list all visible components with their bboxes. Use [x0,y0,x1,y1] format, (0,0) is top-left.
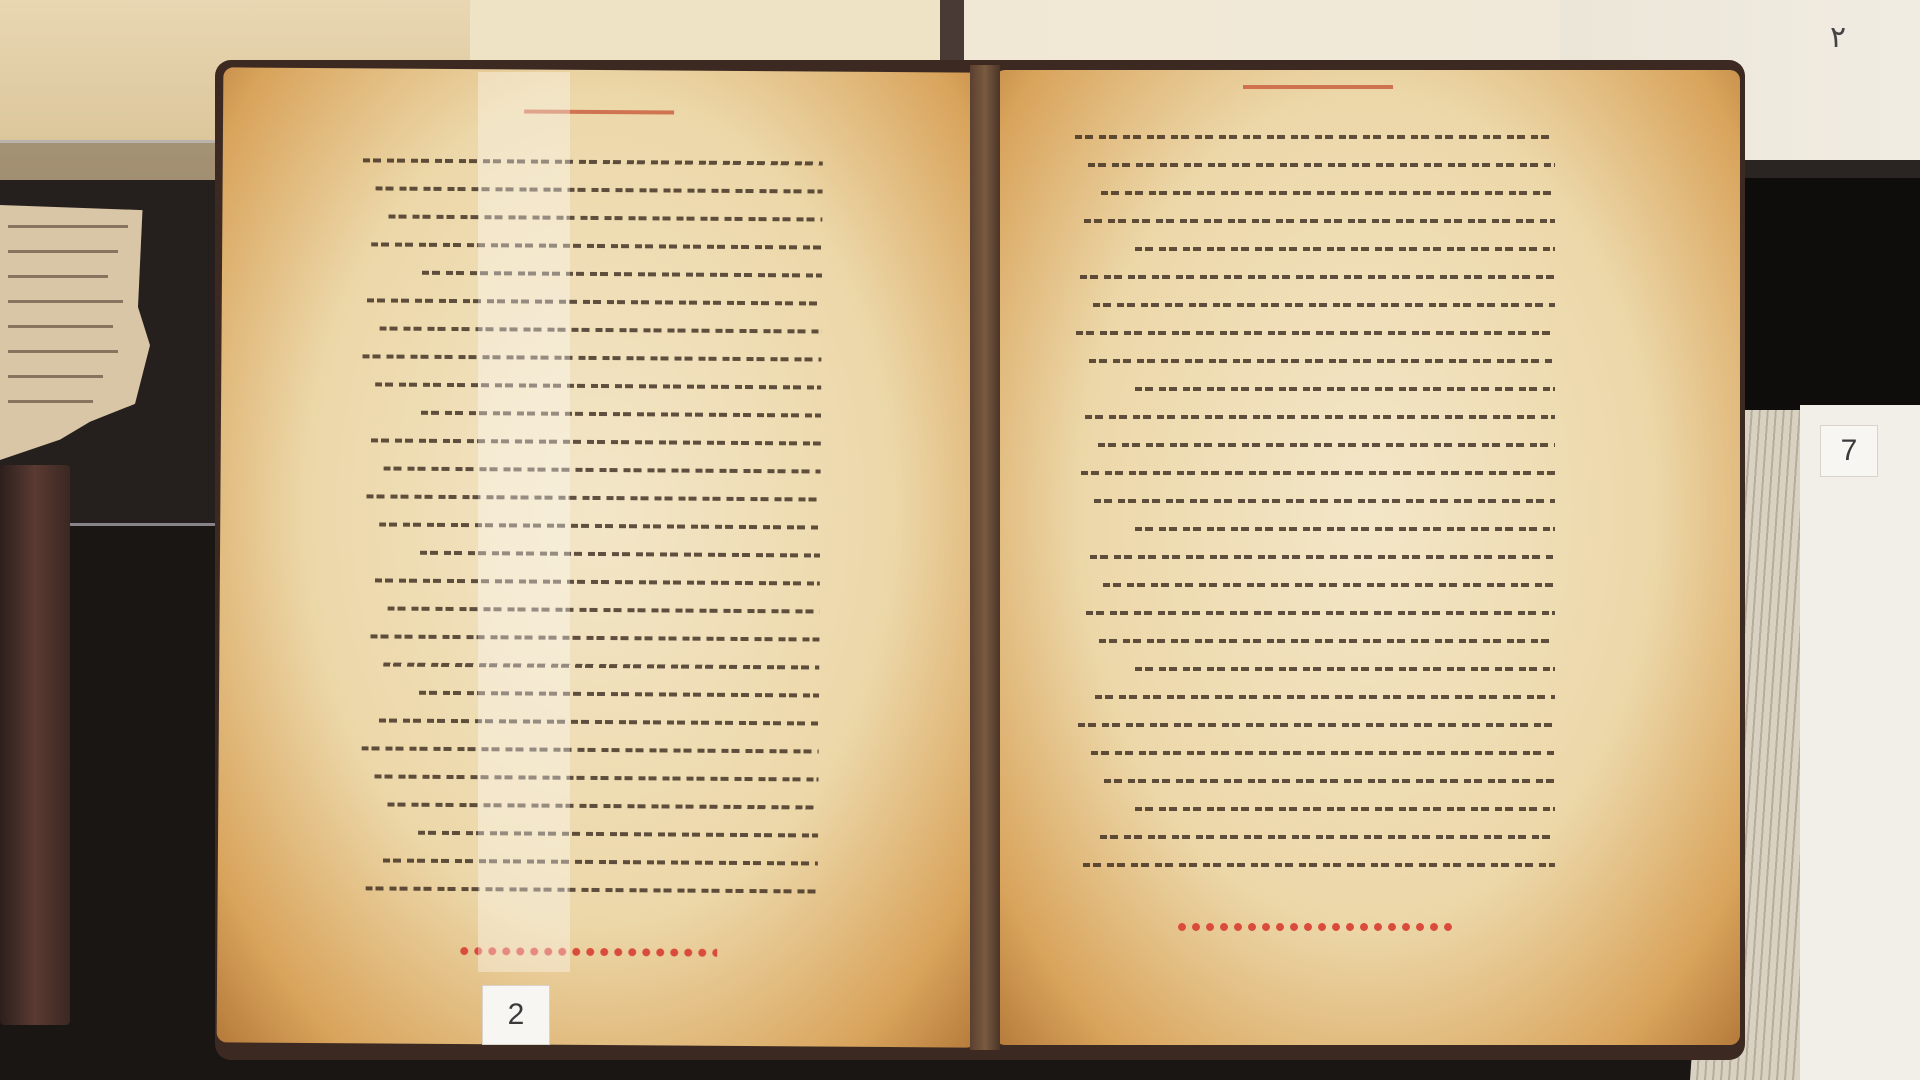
script-line [1094,499,1555,503]
script-line [1135,807,1555,811]
script-line [367,298,822,305]
script-line [387,803,818,810]
script-line [371,242,822,249]
script-line [383,662,819,669]
script-line [1135,527,1555,531]
script-line [1099,639,1555,643]
script-line [388,607,820,614]
script-line [362,354,821,361]
script-line [363,158,823,165]
script-line [1135,667,1555,671]
script-line [1083,863,1555,867]
script-line [375,382,821,389]
script-line [1104,779,1555,783]
script-line [1075,135,1555,139]
exhibit-label-2: 2 [482,985,550,1045]
script-line [366,886,818,893]
rubric-heading [1243,85,1393,89]
manuscript-left-page [217,67,984,1047]
script-line [362,746,819,753]
background-manuscript-page-top [470,0,950,60]
script-line [1084,219,1555,223]
script-line [366,494,820,501]
script-line [379,718,819,725]
script-line [374,774,818,781]
exhibit-label-7: 7 [1820,425,1878,477]
script-line [1100,835,1555,839]
script-line [1135,387,1555,391]
manuscript-spine [970,65,1000,1050]
script-line [388,215,822,222]
script-line [1091,751,1555,755]
script-line [1098,443,1555,447]
script-line [1103,583,1555,587]
repair-tape [478,72,570,972]
script-line [1086,611,1555,615]
script-line [1085,415,1555,419]
script-line [1090,555,1555,559]
script-line [384,466,821,473]
script-line [1135,247,1555,251]
script-line [1101,191,1555,195]
script-line [1081,471,1555,475]
script-line [383,858,818,865]
script-line [1080,275,1555,279]
script-line [1089,359,1555,363]
page-mark-top-right: ٢ [1830,20,1846,55]
book-right-cover [1800,405,1920,1080]
script-line [371,438,821,445]
book-left-edge [0,465,70,1025]
script-line [1093,303,1555,307]
manuscript-right-page [995,70,1740,1045]
script-line [379,522,820,529]
script-line [1076,331,1555,335]
script-line [1078,723,1555,727]
rubric-ornament [1175,921,1455,933]
script-line [376,186,823,193]
script-line [375,578,820,585]
script-line [370,634,819,641]
script-line [380,326,822,333]
script-line [1095,695,1555,699]
script-line [1088,163,1555,167]
